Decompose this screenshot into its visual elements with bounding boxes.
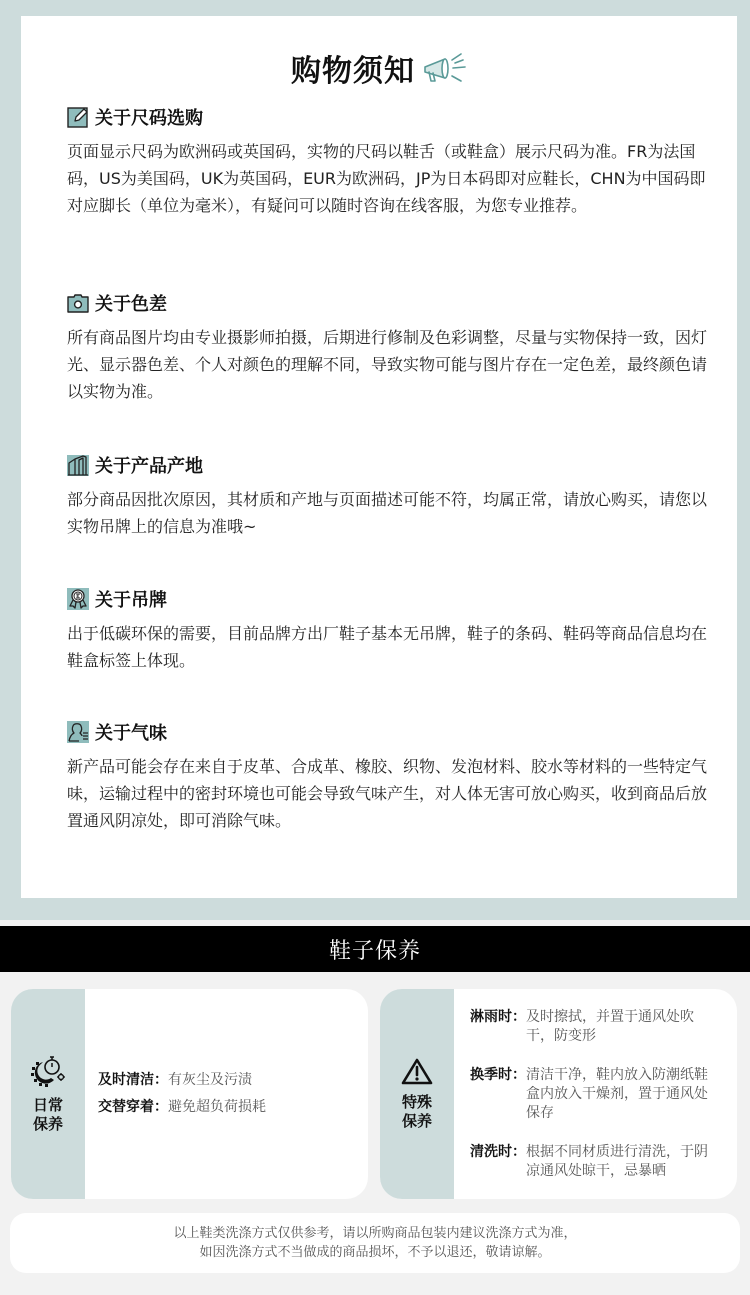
section-title: 关于产品产地 <box>95 452 203 478</box>
notice-card: 购物须知 关于尺码选购 <box>21 16 737 898</box>
section-body: 部分商品因批次原因，其材质和产地与页面描述可能不符，均属正常，请放心购买，请您以… <box>67 486 707 540</box>
shopping-notice-section: 购物须知 关于尺码选购 <box>0 0 750 920</box>
user-icon <box>67 721 89 743</box>
care-item: 交替穿着： 避免超负荷损耗 <box>98 1098 368 1117</box>
badge-icon <box>67 588 89 610</box>
disclaimer-line: 如因洗涤方式不当做成的商品损坏，不予以退还，敬请谅解。 <box>199 1243 550 1262</box>
camera-icon <box>67 292 89 314</box>
daily-care-list: 及时清洁： 有灰尘及污渍 交替穿着： 避免超负荷损耗 <box>85 989 368 1199</box>
building-icon <box>67 454 89 476</box>
gear-stopwatch-icon <box>28 1054 68 1088</box>
care-item: 换季时： 清洁干净，鞋内放入防潮纸鞋盒内放入干燥剂，置于通风处保存 <box>470 1066 717 1123</box>
daily-care-card: 日常保养 及时清洁： 有灰尘及污渍 交替穿着： 避免超负荷损耗 <box>11 989 368 1199</box>
section-smell: 关于气味 新产品可能会存在来自于皮革、合成革、橡胶、织物、发泡材料、胶水等材料的… <box>67 719 707 834</box>
shoe-care-header: 鞋子保养 <box>0 926 750 972</box>
section-body: 所有商品图片均由专业摄影师拍摄，后期进行修制及色彩调整，尽量与实物保持一致，因灯… <box>67 324 707 405</box>
care-disclaimer: 以上鞋类洗涤方式仅供参考，请以所购商品包装内建议洗涤方式为准， 如因洗涤方式不当… <box>10 1213 740 1273</box>
special-care-card: 特殊保养 淋雨时： 及时擦拭，并置于通风处吹干，防变形 换季时： 清洁干净，鞋内… <box>380 989 737 1199</box>
section-body: 新产品可能会存在来自于皮革、合成革、橡胶、织物、发泡材料、胶水等材料的一些特定气… <box>67 753 707 834</box>
special-care-side: 特殊保养 <box>380 989 454 1199</box>
section-body: 出于低碳环保的需要，目前品牌方出厂鞋子基本无吊牌，鞋子的条码、鞋码等商品信息均在… <box>67 620 707 674</box>
disclaimer-line: 以上鞋类洗涤方式仅供参考，请以所购商品包装内建议洗涤方式为准， <box>173 1224 576 1243</box>
section-body: 页面显示尺码为欧洲码或英国码，实物的尺码以鞋舌（或鞋盒）展示尺码为准。FR为法国… <box>67 138 707 219</box>
care-item: 及时清洁： 有灰尘及污渍 <box>98 1071 368 1090</box>
warning-icon <box>401 1057 433 1085</box>
daily-care-side: 日常保养 <box>11 989 85 1199</box>
section-title: 关于色差 <box>95 290 167 316</box>
daily-care-label: 日常保养 <box>31 1096 65 1134</box>
section-title: 关于吊牌 <box>95 586 167 612</box>
shoe-care-title: 鞋子保养 <box>329 934 421 965</box>
special-care-list: 淋雨时： 及时擦拭，并置于通风处吹干，防变形 换季时： 清洁干净，鞋内放入防潮纸… <box>454 989 737 1199</box>
care-item: 淋雨时： 及时擦拭，并置于通风处吹干，防变形 <box>470 1008 717 1046</box>
section-color-diff: 关于色差 所有商品图片均由专业摄影师拍摄，后期进行修制及色彩调整，尽量与实物保持… <box>67 290 707 405</box>
section-title: 关于气味 <box>95 719 167 745</box>
section-tag: 关于吊牌 出于低碳环保的需要，目前品牌方出厂鞋子基本无吊牌，鞋子的条码、鞋码等商… <box>67 586 707 674</box>
page-title: 购物须知 <box>291 46 415 90</box>
section-title: 关于尺码选购 <box>95 104 203 130</box>
megaphone-icon <box>421 51 467 85</box>
section-origin: 关于产品产地 部分商品因批次原因，其材质和产地与页面描述可能不符，均属正常，请放… <box>67 452 707 540</box>
title-row: 购物须知 <box>21 46 737 90</box>
care-item: 清洗时： 根据不同材质进行清洗，于阴凉通风处晾干，忌暴晒 <box>470 1143 717 1181</box>
section-size: 关于尺码选购 页面显示尺码为欧洲码或英国码，实物的尺码以鞋舌（或鞋盒）展示尺码为… <box>67 104 707 219</box>
edit-icon <box>67 106 89 128</box>
special-care-label: 特殊保养 <box>400 1093 434 1131</box>
